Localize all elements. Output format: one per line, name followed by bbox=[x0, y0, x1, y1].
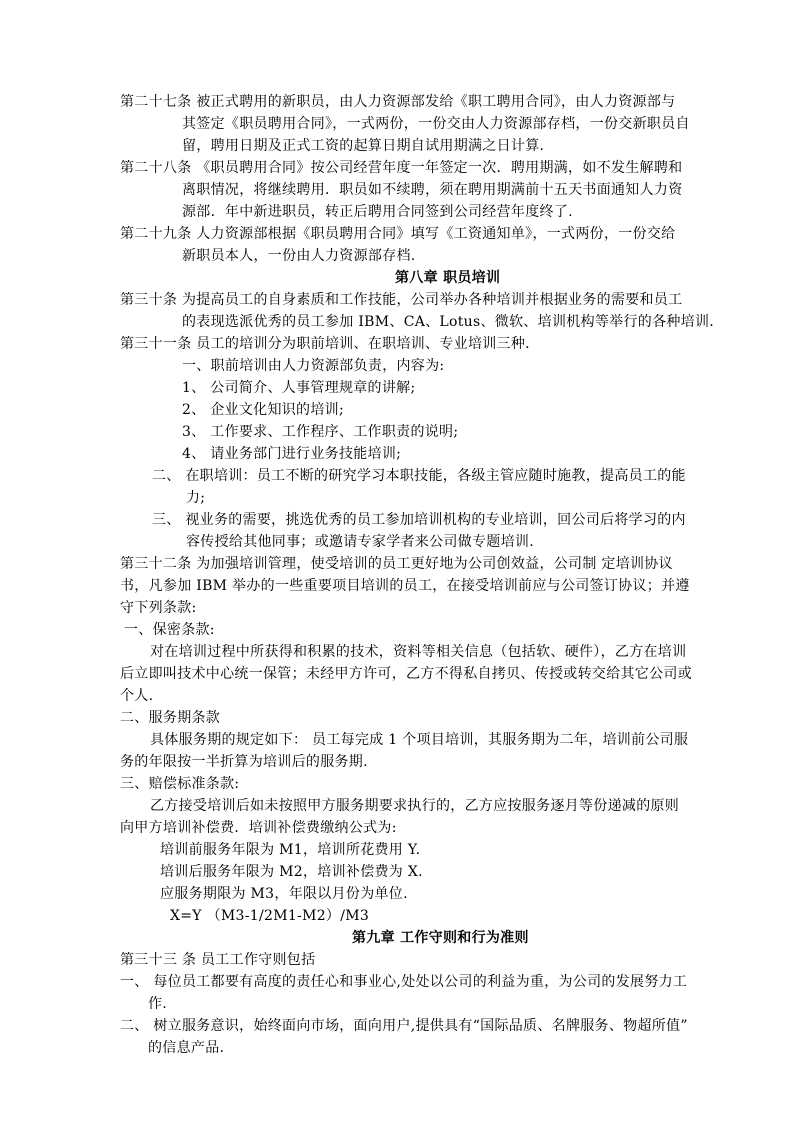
text-line: 第三十一条 员工的培训分为职前培训、在职培训、专业培训三种. bbox=[120, 333, 530, 355]
document-page: 第二十七条 被正式聘用的新职员，由人力资源部发给《职工聘用合同》，由人力资源部与… bbox=[0, 0, 793, 1122]
text-line: 第二十七条 被正式聘用的新职员，由人力资源部发给《职工聘用合同》，由人力资源部与 bbox=[120, 91, 675, 113]
text-line: 离职情况，将继续聘用．职员如不续聘，须在聘用期满前十五天书面通知人力资 bbox=[182, 179, 683, 201]
text-line: 3、 工作要求、工作程序、工作职责的说明; bbox=[182, 421, 458, 443]
text-line: 一、职前培训由人力资源部负责，内容为: bbox=[182, 355, 444, 377]
text-line: 一、保密条款: bbox=[124, 619, 215, 641]
text-line: 对在培训过程中所获得和积累的技术，资料等相关信息（包括软、硬件），乙方在培训 bbox=[150, 641, 686, 663]
text-line: 务的年限按一半折算为培训后的服务期. bbox=[120, 751, 368, 773]
text-line: 具体服务期的规定如下： 员工每完成 1 个项目培训，其服务期为二年，培训前公司服 bbox=[150, 729, 688, 751]
text-line: 守下列条款: bbox=[120, 597, 197, 619]
text-line: 的信息产品. bbox=[148, 1037, 224, 1059]
chapter-heading: 第八章 职员培训 bbox=[395, 267, 500, 289]
chapter-heading: 第九章 工作守则和行为准则 bbox=[352, 927, 529, 949]
text-line: 后立即叫技术中心统一保管；未经甲方许可，乙方不得私自拷贝、传授或转交给其它公司或 bbox=[120, 663, 692, 685]
text-line: 作. bbox=[148, 993, 167, 1015]
text-line: 第三十三 条 员工工作守则包括 bbox=[120, 949, 315, 971]
text-line: 培训后服务年限为 M2，培训补偿费为 X. bbox=[160, 861, 423, 883]
text-line: 二、 树立服务意识，始终面向市场，面向用户,提供具有“国际品质、名牌服务、物超所… bbox=[120, 1015, 688, 1037]
text-line: 乙方接受培训后如未按照甲方服务期要求执行的，乙方应按服务逐月等份递减的原则 bbox=[150, 795, 679, 817]
text-line: 向甲方培训补偿费．培训补偿费缴纳公式为: bbox=[120, 817, 397, 839]
text-line: 三、赔偿标准条款: bbox=[120, 773, 239, 795]
text-line: 培训前服务年限为 M1，培训所花费用 Y. bbox=[160, 839, 420, 861]
text-line: 新职员本人，一份由人力资源部存档. bbox=[182, 245, 416, 267]
text-line: 源部．年中新进职员，转正后聘用合同签到公司经营年度终了. bbox=[182, 201, 573, 223]
text-line: 4、 请业务部门进行业务技能培训; bbox=[182, 443, 401, 465]
text-line: 应服务期限为 M3，年限以月份为单位. bbox=[160, 883, 408, 905]
text-line: 第三十条 为提高员工的自身素质和工作技能，公司举办各种培训并根据业务的需要和员工 bbox=[120, 289, 682, 311]
text-line: 个人. bbox=[120, 685, 153, 707]
text-line: 容传授给其他同事；或邀请专家学者来公司做专题培训. bbox=[186, 531, 534, 553]
text-line: 2、 企业文化知识的培训; bbox=[182, 399, 344, 421]
text-line: 第二十九条 人力资源部根据《职员聘用合同》填写《工资通知单》，一式两份，一份交给 bbox=[120, 223, 675, 245]
text-line: 二、服务期条款 bbox=[120, 707, 220, 729]
text-line: 1、 公司简介、人事管理规章的讲解; bbox=[182, 377, 415, 399]
text-line: 第二十八条 《职员聘用合同》按公司经营年度一年签定一次．聘用期满，如不发生解聘和 bbox=[120, 157, 682, 179]
text-line: 的表现选派优秀的员工参加 IBM、CA、Lotus、微软、培训机构等举行的各种培… bbox=[182, 311, 714, 333]
text-line: 一、 每位员工都要有高度的责任心和事业心,处处以公司的利益为重，为公司的发展努力… bbox=[120, 971, 687, 993]
text-line: 二、 在职培训：员工不断的研究学习本职技能，各级主管应随时施教，提高员工的能 bbox=[152, 465, 686, 487]
text-line: 留，聘用日期及正式工资的起算日期自试用期满之日计算. bbox=[182, 135, 544, 157]
text-line: 第三十二条 为加强培训管理，使受培训的员工更好地为公司创效益，公司制 定培训协议 bbox=[120, 553, 673, 575]
text-line: X=Y （M3-1/2M1-M2）/M3 bbox=[170, 905, 369, 927]
text-line: 其签定《职员聘用合同》，一式两份，一份交由人力资源部存档，一份交新职员自 bbox=[182, 113, 690, 135]
text-line: 书，凡参加 IBM 举办的一些重要项目培训的员工，在接受培训前应与公司签订协议；… bbox=[120, 575, 690, 597]
text-line: 力; bbox=[186, 487, 205, 509]
text-line: 三、 视业务的需要，挑选优秀的员工参加培训机构的专业培训，回公司后将学习的内 bbox=[152, 509, 686, 531]
